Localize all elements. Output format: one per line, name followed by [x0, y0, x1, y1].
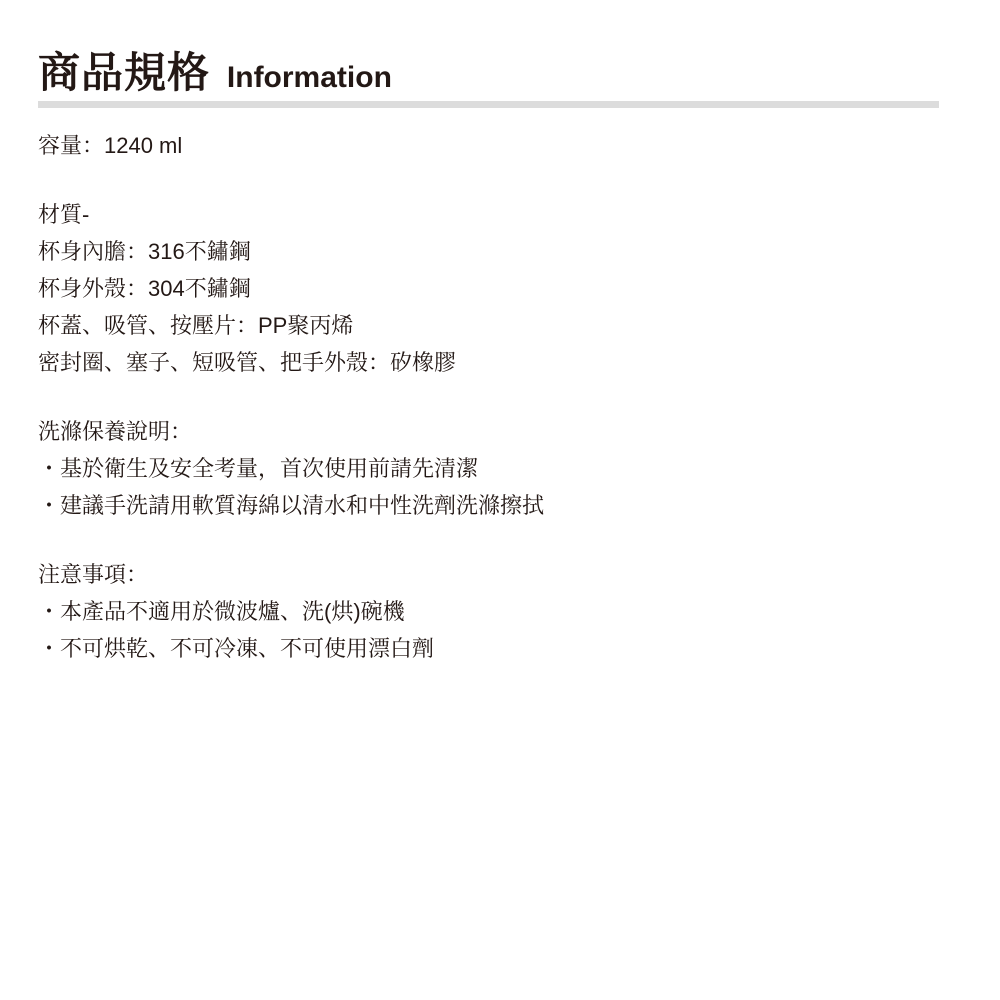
- care-bullet-text: 建議手洗請用軟質海綿以清水和中性洗劑洗滌擦拭: [60, 487, 544, 524]
- care-bullet: ・ 建議手洗請用軟質海綿以清水和中性洗劑洗滌擦拭: [38, 487, 960, 524]
- material-section: 材質- 杯身內膽：316不鏽鋼 杯身外殼：304不鏽鋼 杯蓋、吸管、按壓片：PP…: [38, 196, 960, 381]
- bullet-dot-icon: ・: [38, 487, 60, 524]
- capacity-line: 容量：1240 ml: [38, 127, 960, 164]
- material-line: 密封圈、塞子、短吸管、把手外殼：矽橡膠: [38, 344, 960, 381]
- care-bullet: ・ 基於衛生及安全考量，首次使用前請先清潔: [38, 450, 960, 487]
- title-divider: [38, 101, 939, 108]
- material-line: 杯蓋、吸管、按壓片：PP聚丙烯: [38, 307, 960, 344]
- notice-bullet: ・ 不可烘乾、不可冷凍、不可使用漂白劑: [38, 630, 960, 667]
- bullet-dot-icon: ・: [38, 630, 60, 667]
- care-bullet-text: 基於衛生及安全考量，首次使用前請先清潔: [60, 450, 478, 487]
- notice-section: 注意事項： ・ 本產品不適用於微波爐、洗(烘)碗機 ・ 不可烘乾、不可冷凍、不可…: [38, 556, 960, 667]
- material-line: 杯身外殼：304不鏽鋼: [38, 270, 960, 307]
- page-title-zh: 商品規格: [38, 49, 210, 96]
- care-section: 洗滌保養說明： ・ 基於衛生及安全考量，首次使用前請先清潔 ・ 建議手洗請用軟質…: [38, 413, 960, 524]
- notice-heading: 注意事項：: [38, 556, 960, 593]
- bullet-dot-icon: ・: [38, 593, 60, 630]
- material-line: 杯身內膽：316不鏽鋼: [38, 233, 960, 270]
- notice-bullet: ・ 本產品不適用於微波爐、洗(烘)碗機: [38, 593, 960, 630]
- notice-bullet-text: 本產品不適用於微波爐、洗(烘)碗機: [60, 593, 405, 630]
- product-spec-page: 商品規格 Information 容量：1240 ml 材質- 杯身內膽：316…: [0, 0, 1000, 1000]
- material-heading: 材質-: [38, 196, 960, 233]
- page-title: 商品規格 Information: [38, 40, 392, 100]
- bullet-dot-icon: ・: [38, 450, 60, 487]
- page-title-en: Information: [227, 61, 392, 94]
- care-heading: 洗滌保養說明：: [38, 413, 960, 450]
- notice-bullet-text: 不可烘乾、不可冷凍、不可使用漂白劑: [60, 630, 434, 667]
- spec-body: 容量：1240 ml 材質- 杯身內膽：316不鏽鋼 杯身外殼：304不鏽鋼 杯…: [38, 127, 960, 667]
